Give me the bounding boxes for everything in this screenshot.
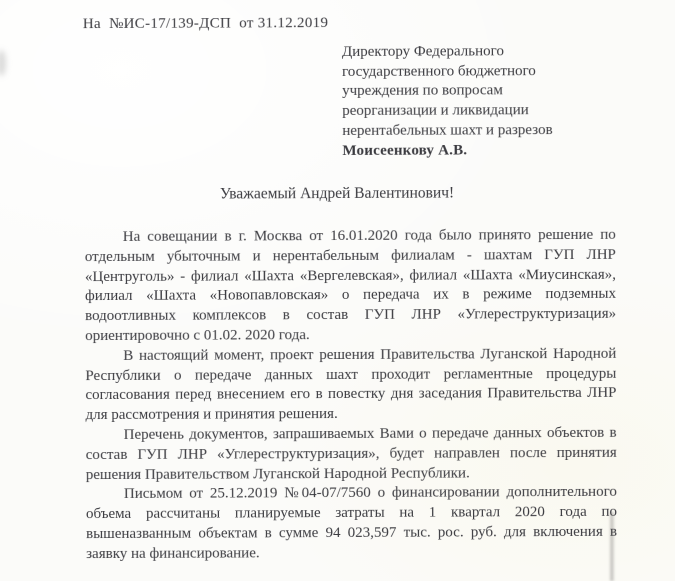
body-paragraph: На совещании в г. Москва от 16.01.2020 г… (85, 226, 617, 347)
addressee-line: нерентабельных шахт и разрезов (342, 121, 582, 142)
body-paragraph: Перечень документов, запрашиваемых Вами … (86, 424, 617, 486)
paper-edge-shadow (609, 512, 615, 581)
body-paragraph: Письмом от 25.12.2019 №04-07/7560 о фина… (86, 483, 617, 565)
salutation: Уважаемый Андрей Валентинович! (0, 184, 675, 205)
reference-line: На №ИС-17/139-ДСП от 31.12.2019 (83, 15, 328, 33)
addressee-block: Директору Федерального государственного … (342, 42, 583, 161)
letter-body: На совещании в г. Москва от 16.01.2020 г… (85, 226, 617, 565)
letter-content: На №ИС-17/139-ДСП от 31.12.2019 Директор… (0, 0, 675, 581)
body-paragraph: В настоящий момент, проект решения Прави… (85, 345, 616, 427)
addressee-line: учреждения по вопросам (342, 81, 582, 102)
addressee-line: реорганизации и ликвидации (342, 101, 582, 122)
addressee-line: государственного бюджетного (342, 62, 582, 83)
addressee-name: Моисеенкову А.В. (342, 140, 582, 161)
addressee-line: Директору Федерального (342, 42, 582, 63)
scanned-letter-page: { "document": { "reference_line": "На №И… (0, 0, 675, 581)
